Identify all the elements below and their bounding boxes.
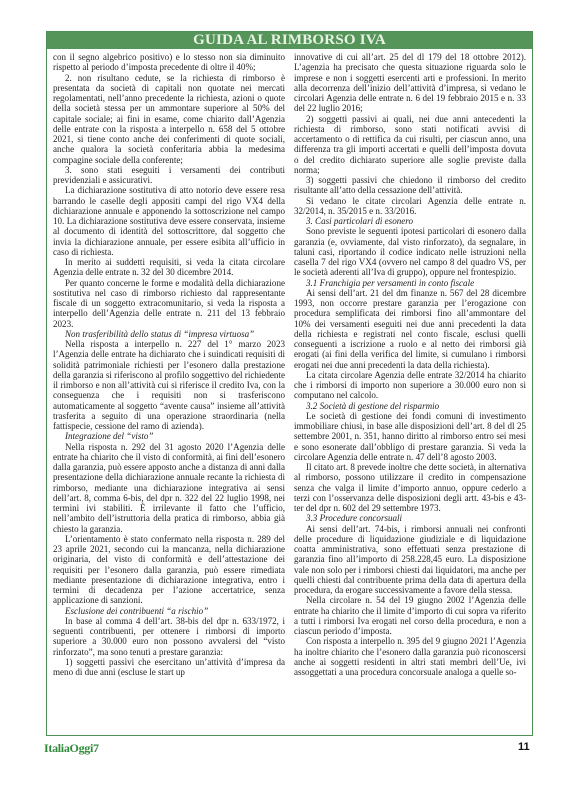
paragraph: con il segno algebrico positivo) e lo st… [53, 52, 285, 73]
paragraph: Nella risposta n. 292 del 31 agosto 2020… [53, 442, 285, 534]
subheading: Non trasferibilità dello status di “impr… [53, 329, 285, 339]
paragraph: Le società di gestione dei fondi comuni … [294, 411, 526, 462]
paragraph: Si vedano le citate circolari Agenzia de… [294, 196, 526, 217]
paragraph: Nella circolare n. 54 del 19 giugno 2002… [294, 595, 526, 636]
paragraph: Il citato art. 8 prevede inoltre che det… [294, 462, 526, 513]
paragraph: 3. sono stati eseguiti i versamenti dei … [53, 165, 285, 186]
paragraph: Nella risposta a interpello n. 227 del 1… [53, 339, 285, 431]
page-number: 11 [518, 741, 530, 753]
subheading: 3.3 Procedure concorsuali [294, 513, 526, 523]
paragraph: In base al comma 4 dell’art. 38-bis del … [53, 616, 285, 657]
publication-logo: ItaliaOggi7 [44, 741, 99, 756]
subheading: 3.1 Franchigia per versamenti in conto f… [294, 278, 526, 288]
paragraph: 2. non risultano cedute, se la richiesta… [53, 73, 285, 165]
paragraph: 3) soggetti passivi che chiedono il rimb… [294, 175, 526, 196]
paragraph: In merito ai suddetti requisiti, si veda… [53, 257, 285, 278]
paragraph: 2) soggetti passivi ai quali, nei due an… [294, 114, 526, 176]
paragraph: L’orientamento è stato confermato nella … [53, 534, 285, 606]
paragraph: Sono previste le seguenti ipotesi partic… [294, 226, 526, 277]
paragraph: Per quanto concerne le forme e modalità … [53, 278, 285, 329]
paragraph: La citata circolare Agenzia delle entrat… [294, 370, 526, 401]
paragraph: 1) soggetti passivi che esercitano un’at… [53, 657, 285, 678]
paragraph: Ai sensi dell’art. 21 del dm finanze n. … [294, 288, 526, 370]
right-column: innovative di cui all’art. 25 del dl 179… [294, 52, 526, 731]
subheading: 3.2 Società di gestione del risparmio [294, 401, 526, 411]
article-columns: con il segno algebrico positivo) e lo st… [53, 52, 526, 731]
paragraph: La dichiarazione sostitutiva di atto not… [53, 185, 285, 257]
section-header: GUIDA AL RIMBORSO IVA [47, 32, 532, 49]
paragraph: Ai sensi dell’art. 74-bis, i rimborsi an… [294, 524, 526, 596]
subheading: Integrazione del “visto” [53, 431, 285, 441]
article-frame: GUIDA AL RIMBORSO IVA con il segno algeb… [46, 31, 533, 736]
paragraph: innovative di cui all’art. 25 del dl 179… [294, 52, 526, 114]
subheading: 3. Casi particolari di esonero [294, 216, 526, 226]
paragraph: Con risposta a interpello n. 395 del 9 g… [294, 636, 526, 677]
left-column: con il segno algebrico positivo) e lo st… [53, 52, 285, 731]
subheading: Esclusione dei contribuenti “a rischio” [53, 606, 285, 616]
